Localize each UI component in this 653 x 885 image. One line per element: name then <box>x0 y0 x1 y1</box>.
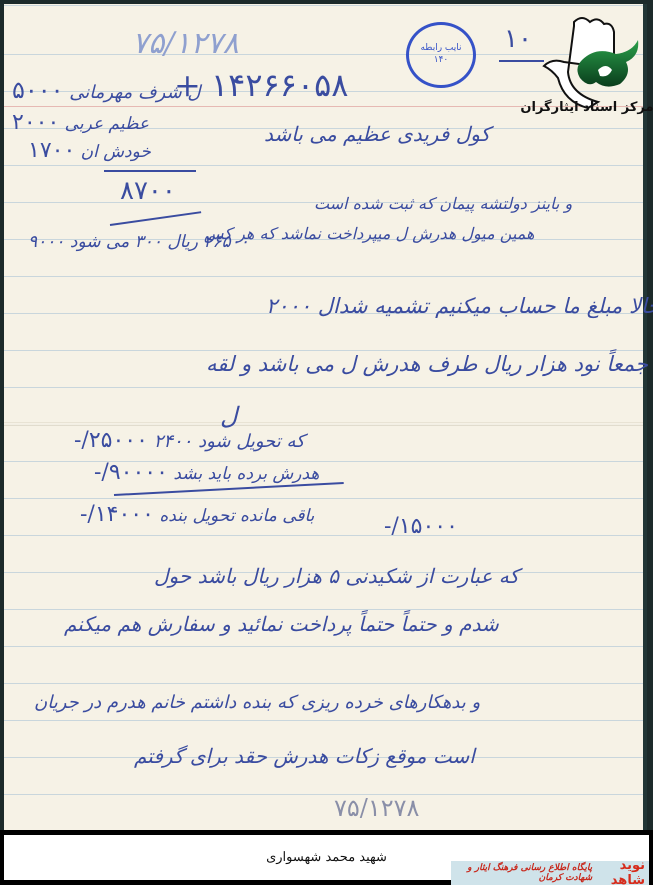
account-label: عظیم عربی <box>65 114 149 134</box>
brand-watermark: پایگاه اطلاع رسانی فرهنگ ایثار و شهادت ک… <box>451 861 649 885</box>
closing-line-4: است موقع زکات هدرش حقد برای گرفتم <box>134 744 475 768</box>
calc-rule <box>110 211 201 226</box>
paper-fold <box>4 422 643 426</box>
calc-row-2: هدرش برده باید بشد ۹۰۰۰۰/- <box>94 460 319 485</box>
account-amount: ۲۰۰۰ <box>12 110 59 135</box>
calc-amount: ۲۵۰۰۰/- <box>74 428 148 453</box>
calc-label: که تحویل شود ۲۴۰۰ <box>154 431 305 452</box>
calc-row-1: که تحویل شود ۲۴۰۰ ۲۵۰۰۰/- <box>74 428 305 453</box>
caption-text: شهید محمد شهسواری <box>266 850 387 865</box>
letter-line-4: ۴۶۵۰۰ ریال ۳۰۰ می شود ۹۰۰۰ <box>28 232 249 252</box>
account-row-2: عظیم عربی ۲۰۰۰ <box>12 110 149 135</box>
stamp-line-2: ۱۴۰ <box>434 55 449 67</box>
letter-line-2: و باینز دولتشه پیمان که ثبت شده است <box>314 194 572 213</box>
account-row-3: خودش ان ۱۷۰۰ <box>28 138 151 163</box>
calc-amount: ۱۴۰۰۰/- <box>80 502 154 527</box>
account-amount: ۱۷۰۰ <box>28 138 75 163</box>
account-row-1: ل شرف مهرمانی ۵۰۰۰ <box>12 76 201 104</box>
calc-label: هدرش برده باید بشد <box>173 464 319 484</box>
letter-line-7: ل <box>220 402 237 430</box>
archive-number-bottom: ۷۵/۱۲۷۸ <box>334 794 419 822</box>
letter-line-3: همین میول هدرش ل میپرداخت نماشد که هر کس <box>204 224 534 243</box>
account-label: ل شرف مهرمانی <box>69 82 200 103</box>
caption-bar: شهید محمد شهسواری پایگاه اطلاع رسانی فره… <box>0 830 653 885</box>
page-number: ۱۰ <box>504 24 532 54</box>
brand-logo-text: نوید شاهد <box>595 858 645 885</box>
calc-label: باقی مانده تحویل بنده <box>159 506 314 526</box>
stamp-line-1: نایب رابطه <box>420 43 461 55</box>
total-rule <box>104 170 196 172</box>
stamp: نایب رابطه ۱۴۰ <box>406 22 476 88</box>
letter-scan: ۷۵/۱۲۷۸ ۱۴۲۶۶۰۵۸ + ۱۰ نایب رابطه ۱۴۰ ل ش… <box>4 4 647 830</box>
account-label: خودش ان <box>81 142 151 162</box>
letter-line-1: کول فریدی عظیم می باشد <box>264 122 490 146</box>
calc-amount: ۹۰۰۰۰/- <box>94 460 168 485</box>
closing-line-1: که عبارت از شکیدنی ۵ هزار ریال باشد حول <box>154 564 519 588</box>
letter-line-6: که جمعاً نود هزار ریال طرف هدرش ل می باش… <box>206 352 653 376</box>
closing-line-3: و بدهکارهای خرده ریزی که بنده داشتم خانم… <box>34 692 480 713</box>
extra-amount: ۱۵۰۰۰/- <box>384 514 458 539</box>
closing-line-2: شدم و حتماً حتماً پرداخت نمائید و سفارش … <box>64 612 499 636</box>
account-amount: ۵۰۰۰ <box>12 76 64 104</box>
brand-subtitle: پایگاه اطلاع رسانی فرهنگ ایثار و شهادت ک… <box>451 863 592 883</box>
calc-row-3: باقی مانده تحویل بنده ۱۴۰۰۰/- <box>80 502 314 527</box>
archive-logo-text: مرکز اسناد ایثارگران <box>520 100 653 115</box>
letter-line-5: حالا مبلغ ما حساب میکنیم تشمیه شدال ۲۰۰۰ <box>266 294 653 318</box>
accounts-total: ۸۷۰۰ <box>120 176 176 206</box>
archive-number-top: ۷۵/۱۲۷۸ <box>132 26 239 61</box>
